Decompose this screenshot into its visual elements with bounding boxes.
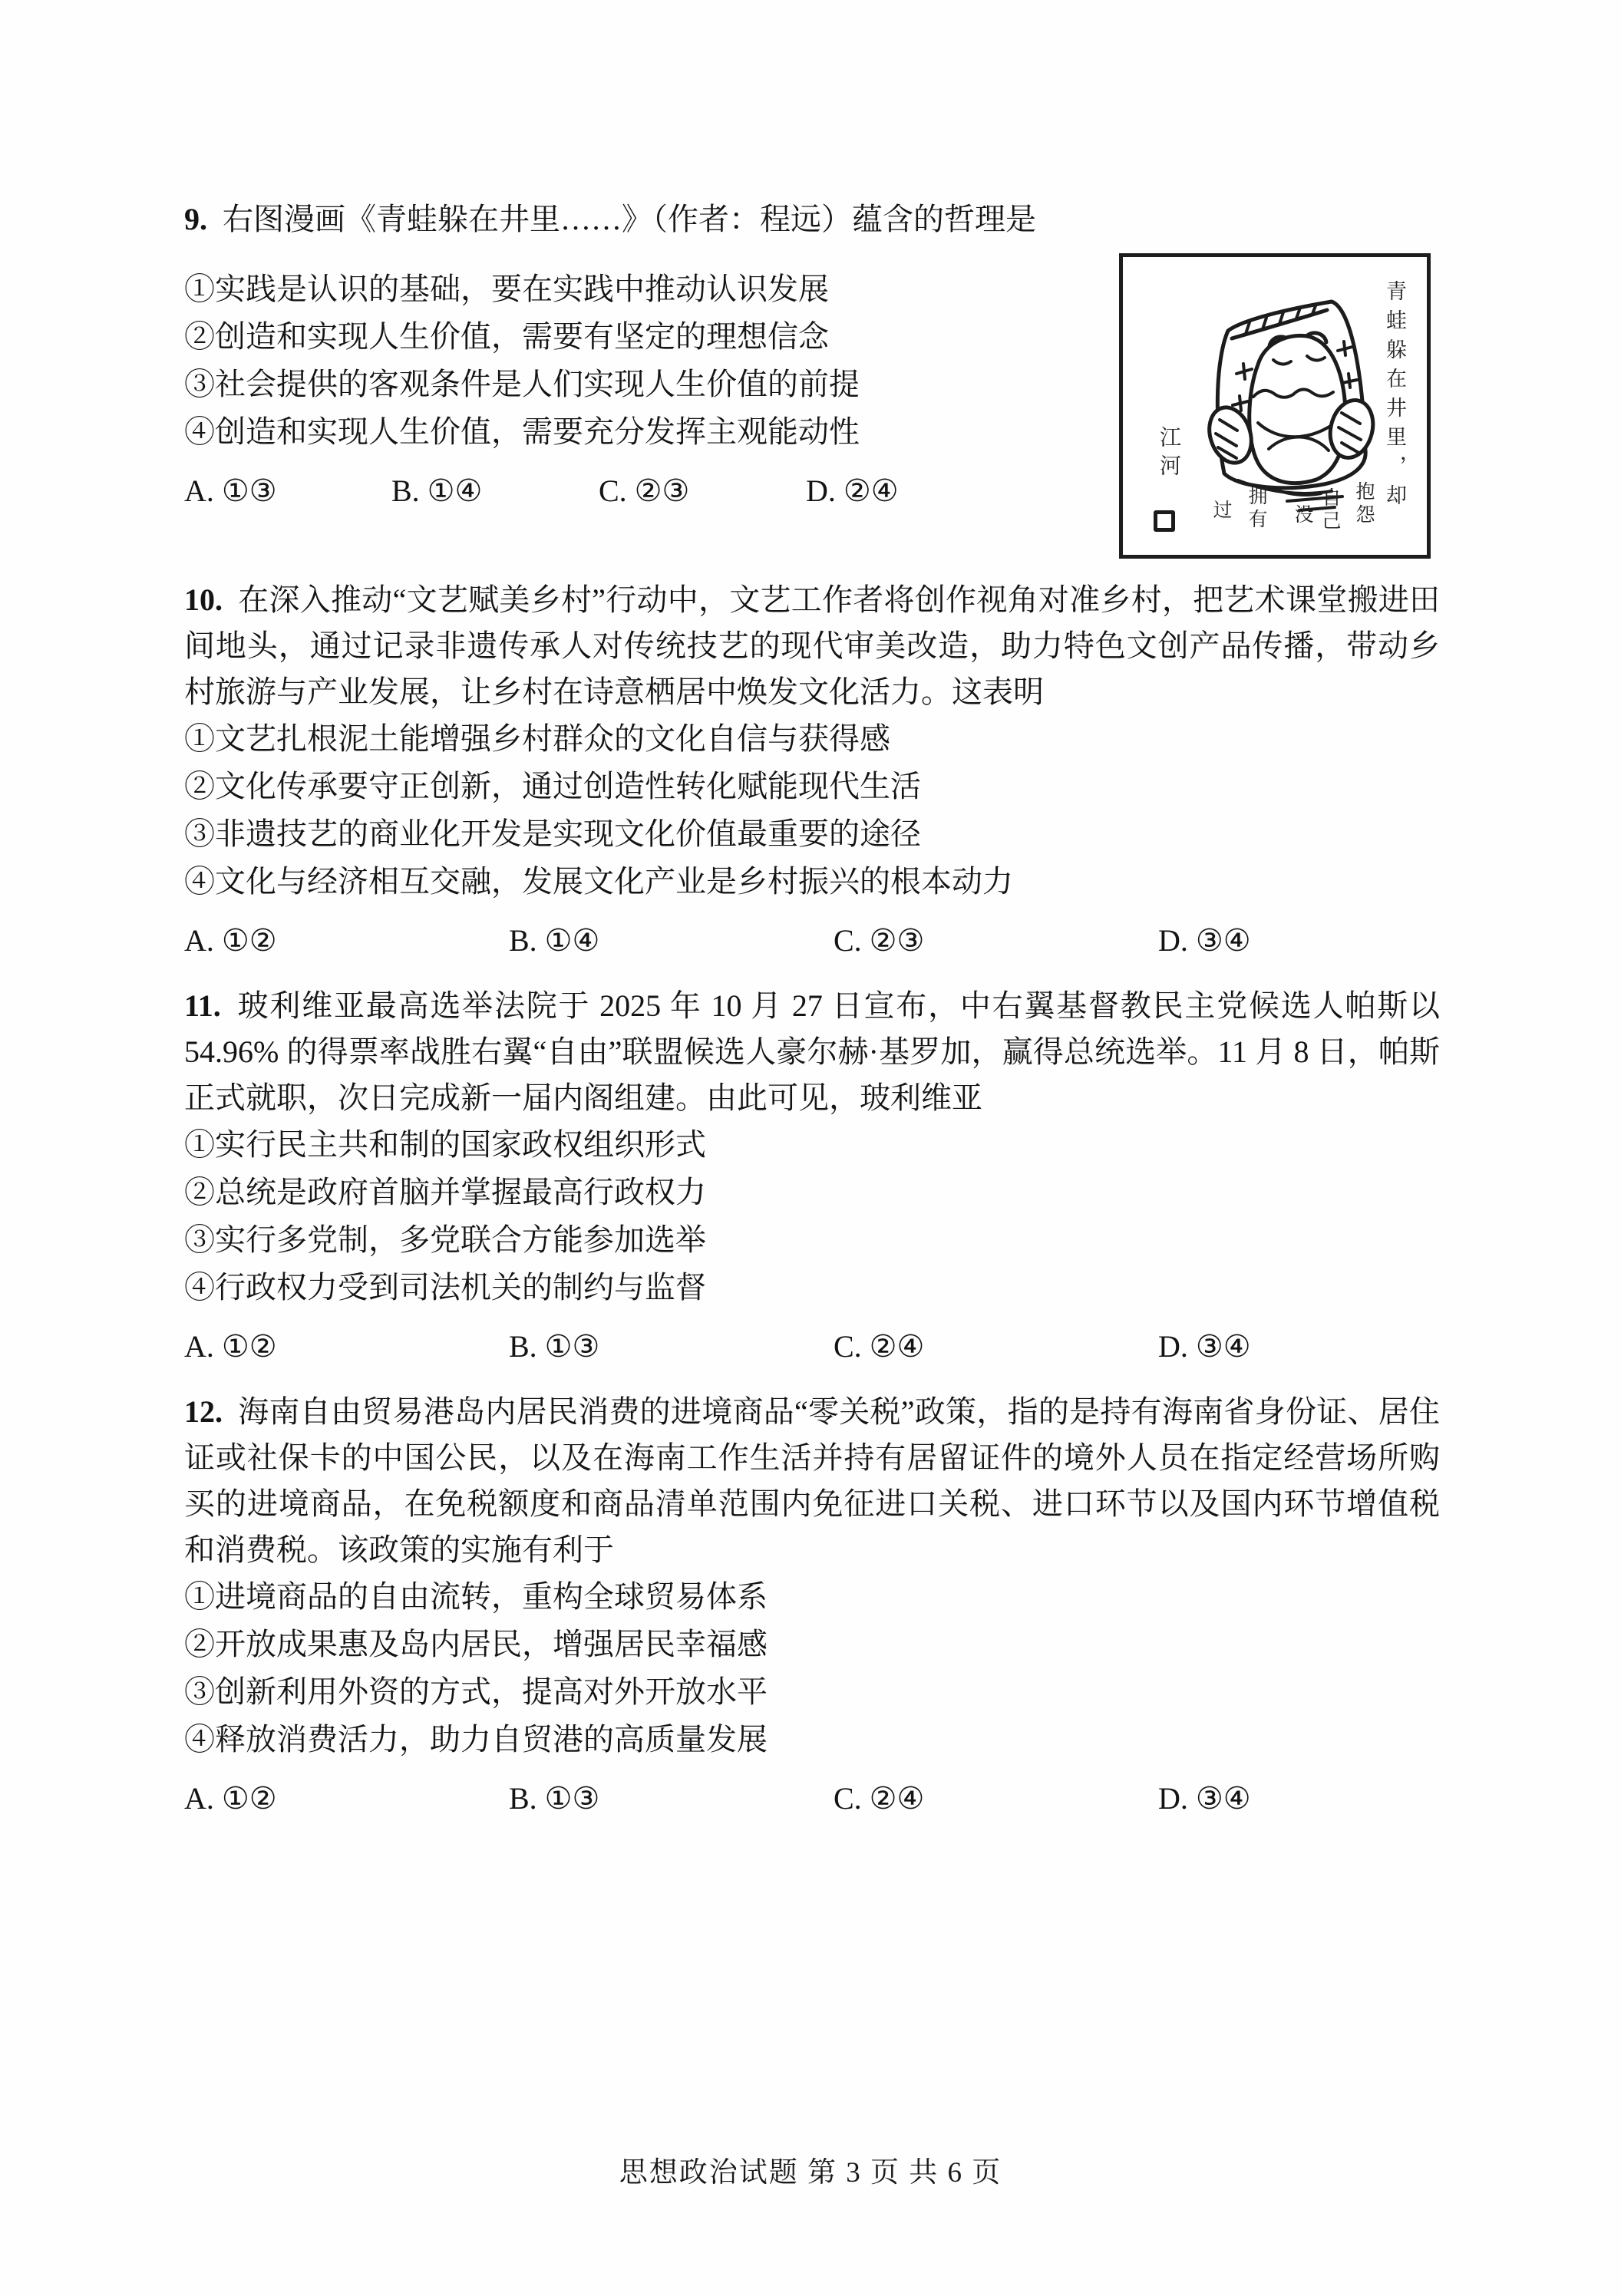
question-9-number: 9. [184,202,207,236]
question-11-stem-text: 玻利维亚最高选举法院于 2025 年 10 月 27 日宣布，中右翼基督教民主党… [184,988,1440,1115]
question-9-item-3: ③社会提供的客观条件是人们实现人生价值的前提 [184,361,1082,408]
exam-page: 9.右图漫画《青蛙躲在井里……》（作者：程远）蕴含的哲理是 ①实践是认识的基础，… [0,0,1621,2296]
question-12-item-2: ②开放成果惠及岛内居民，增强居民幸福感 [184,1621,1440,1668]
cartoon-caption-word-5: 过 [1207,500,1235,519]
question-12-stem: 12.海南自由贸易港岛内居民消费的进境商品“零关税”政策，指的是持有海南省身份证… [184,1389,1440,1573]
artist-seal [1154,510,1175,532]
question-11-item-2: ②总统是政府首脑并掌握最高行政权力 [184,1169,1440,1216]
question-12-number: 12. [184,1394,223,1429]
choice-a: A. ①② [184,1323,509,1371]
cartoon-caption-word-4: 拥有 [1243,486,1270,532]
question-9-stem: 9.右图漫画《青蛙躲在井里……》（作者：程远）蕴含的哲理是 [184,196,1440,242]
question-10-item-2: ②文化传承要守正创新，通过创造性转化赋能现代生活 [184,763,1440,810]
question-10-item-4: ④文化与经济相互交融，发展文化产业是乡村振兴的根本动力 [184,858,1440,906]
question-9-item-2: ②创造和实现人生价值，需要有坚定的理想信念 [184,313,1082,361]
question-11-choices: A. ①② B. ①③ C. ②④ D. ③④ [184,1323,1440,1371]
question-11: 11.玻利维亚最高选举法院于 2025 年 10 月 27 日宣布，中右翼基督教… [184,983,1440,1371]
cartoon-caption-word-1: 抱怨 [1350,481,1378,527]
choice-d: D. ③④ [1158,1775,1251,1823]
cartoon-caption-word-3: 没 [1289,504,1316,523]
question-9-choices: A. ①③ B. ①④ C. ②③ D. ②④ [184,467,1082,515]
question-9-body: ①实践是认识的基础，要在实践中推动认识发展 ②创造和实现人生价值，需要有坚定的理… [184,266,1440,559]
page-footer: 思想政治试题 第 3 页 共 6 页 [0,2149,1621,2190]
question-12-choices: A. ①② B. ①③ C. ②④ D. ③④ [184,1775,1440,1823]
choice-b: B. ①④ [509,917,834,965]
choice-a: A. ①② [184,1775,509,1823]
question-10-choices: A. ①② B. ①④ C. ②③ D. ③④ [184,917,1440,965]
choice-a: A. ①③ [184,467,391,515]
question-9-item-4: ④创造和实现人生价值，需要充分发挥主观能动性 [184,408,1082,456]
cartoon-caption-left: 江河 [1154,426,1184,483]
question-12-item-4: ④释放消费活力，助力自贸港的高质量发展 [184,1716,1440,1763]
choice-c: C. ②④ [834,1775,1158,1823]
question-9: 9.右图漫画《青蛙躲在井里……》（作者：程远）蕴含的哲理是 ①实践是认识的基础，… [184,196,1440,559]
choice-c: C. ②③ [599,467,806,515]
page-content: 9.右图漫画《青蛙躲在井里……》（作者：程远）蕴含的哲理是 ①实践是认识的基础，… [184,196,1440,1841]
question-12-item-1: ①进境商品的自由流转，重构全球贸易体系 [184,1573,1440,1621]
choice-c: C. ②④ [834,1323,1158,1371]
cartoon-caption-right: 青蛙躲在井里，却 [1379,280,1409,513]
question-12-item-3: ③创新利用外资的方式，提高对外开放水平 [184,1668,1440,1716]
choice-d: D. ②④ [806,467,899,515]
choice-c: C. ②③ [834,917,1158,965]
frog-well-cartoon: 青蛙躲在井里，却 抱怨 自己 没 拥有 过 江河 [1119,253,1431,559]
question-10-stem-text: 在深入推动“文艺赋美乡村”行动中，文艺工作者将创作视角对准乡村，把艺术课堂搬进田… [184,582,1440,709]
question-12: 12.海南自由贸易港岛内居民消费的进境商品“零关税”政策，指的是持有海南省身份证… [184,1389,1440,1823]
choice-a: A. ①② [184,917,509,965]
question-10-item-1: ①文艺扎根泥土能增强乡村群众的文化自信与获得感 [184,715,1440,763]
question-10-number: 10. [184,582,223,617]
question-11-item-3: ③实行多党制，多党联合方能参加选举 [184,1216,1440,1264]
choice-d: D. ③④ [1158,1323,1251,1371]
question-11-item-4: ④行政权力受到司法机关的制约与监督 [184,1264,1440,1311]
choice-b: B. ①③ [509,1775,834,1823]
question-10: 10.在深入推动“文艺赋美乡村”行动中，文艺工作者将创作视角对准乡村，把艺术课堂… [184,577,1440,965]
question-12-stem-text: 海南自由贸易港岛内居民消费的进境商品“零关税”政策，指的是持有海南省身份证、居住… [184,1394,1440,1567]
question-11-stem: 11.玻利维亚最高选举法院于 2025 年 10 月 27 日宣布，中右翼基督教… [184,983,1440,1121]
question-9-item-1: ①实践是认识的基础，要在实践中推动认识发展 [184,266,1082,313]
question-10-stem: 10.在深入推动“文艺赋美乡村”行动中，文艺工作者将创作视角对准乡村，把艺术课堂… [184,577,1440,715]
choice-b: B. ①③ [509,1323,834,1371]
choice-d: D. ③④ [1158,917,1251,965]
question-10-item-3: ③非遗技艺的商业化开发是实现文化价值最重要的途径 [184,810,1440,858]
question-11-number: 11. [184,988,221,1023]
question-9-stem-text: 右图漫画《青蛙躲在井里……》（作者：程远）蕴含的哲理是 [223,202,1036,236]
question-11-item-1: ①实行民主共和制的国家政权组织形式 [184,1121,1440,1169]
choice-b: B. ①④ [391,467,599,515]
cartoon-caption-word-2: 自己 [1316,487,1344,533]
question-9-items: ①实践是认识的基础，要在实践中推动认识发展 ②创造和实现人生价值，需要有坚定的理… [184,266,1082,515]
